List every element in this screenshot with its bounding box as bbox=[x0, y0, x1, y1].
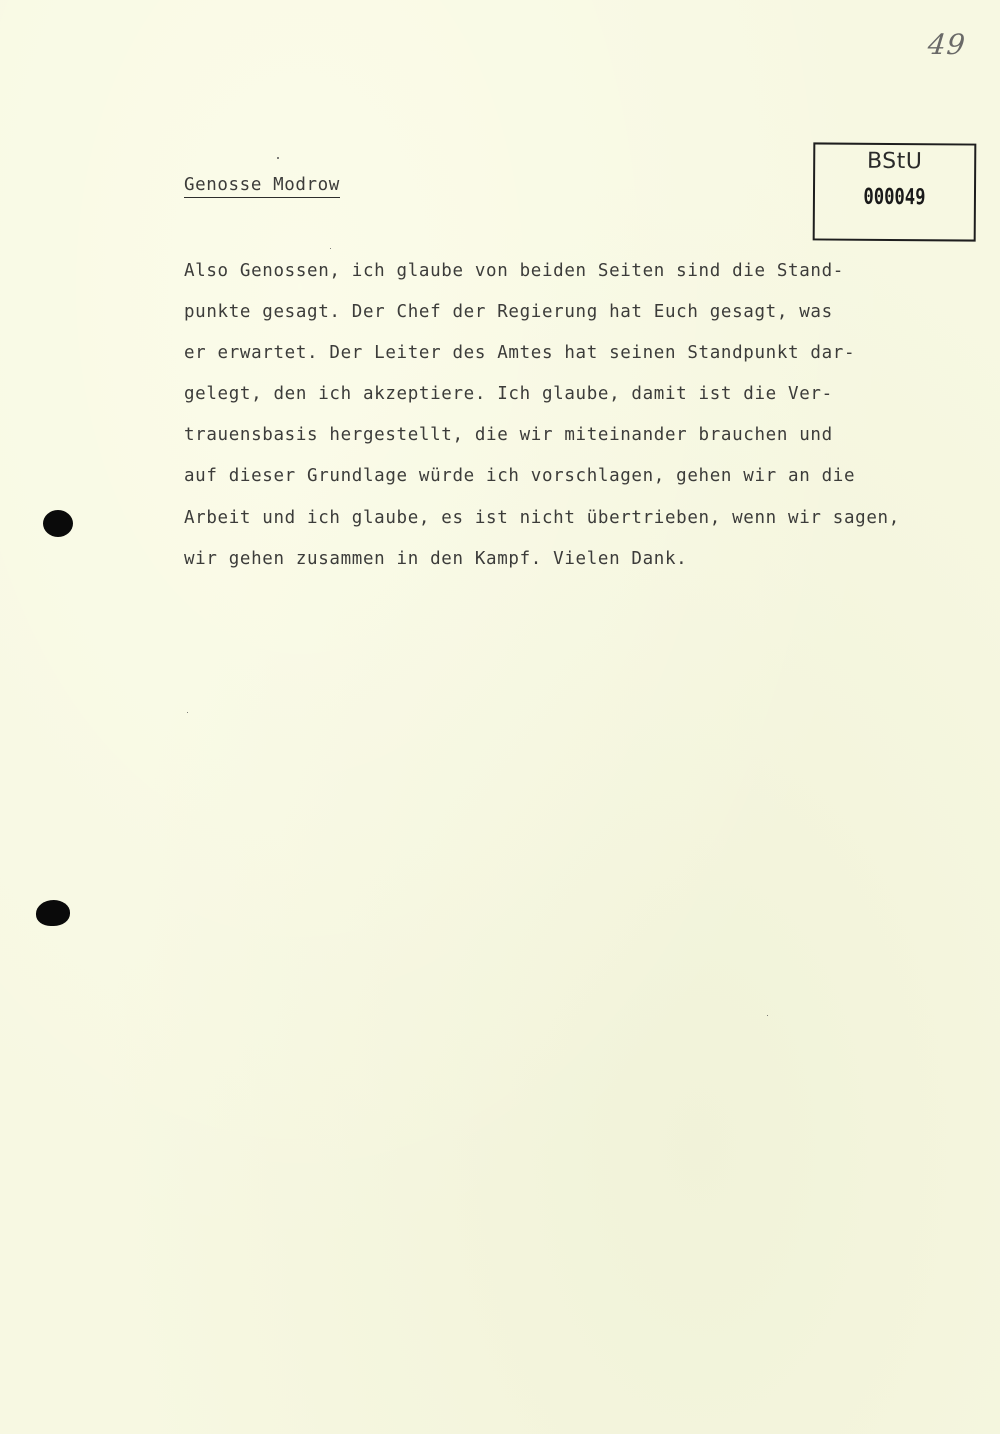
document-page: 49 BStU 000049 Genosse Modrow Also Genos… bbox=[0, 0, 1000, 1434]
text-line: er erwartet. Der Leiter des Amtes hat se… bbox=[184, 339, 944, 380]
paper-speck bbox=[187, 712, 188, 713]
paper-speck bbox=[767, 1015, 768, 1016]
stamp-number: 000049 bbox=[832, 185, 956, 211]
text-line: gelegt, den ich akzeptiere. Ich glaube, … bbox=[184, 380, 944, 421]
handwritten-page-number: 49 bbox=[926, 28, 967, 61]
punch-hole bbox=[36, 900, 70, 926]
text-line: wir gehen zusammen in den Kampf. Vielen … bbox=[184, 545, 944, 586]
text-line: trauensbasis hergestellt, die wir mitein… bbox=[184, 421, 944, 462]
speaker-heading: Genosse Modrow bbox=[184, 175, 340, 198]
paper-speck bbox=[277, 157, 279, 159]
stamp-title: BStU bbox=[815, 148, 974, 174]
speech-text: Also Genossen, ich glaube von beiden Sei… bbox=[184, 257, 944, 586]
text-line: punkte gesagt. Der Chef der Regierung ha… bbox=[184, 298, 944, 339]
text-line: Also Genossen, ich glaube von beiden Sei… bbox=[184, 257, 944, 298]
text-line: auf dieser Grundlage würde ich vorschlag… bbox=[184, 462, 944, 503]
paper-speck bbox=[330, 248, 331, 249]
archive-stamp: BStU 000049 bbox=[813, 142, 977, 241]
text-line: Arbeit und ich glaube, es ist nicht über… bbox=[184, 504, 944, 545]
punch-hole bbox=[43, 510, 73, 537]
